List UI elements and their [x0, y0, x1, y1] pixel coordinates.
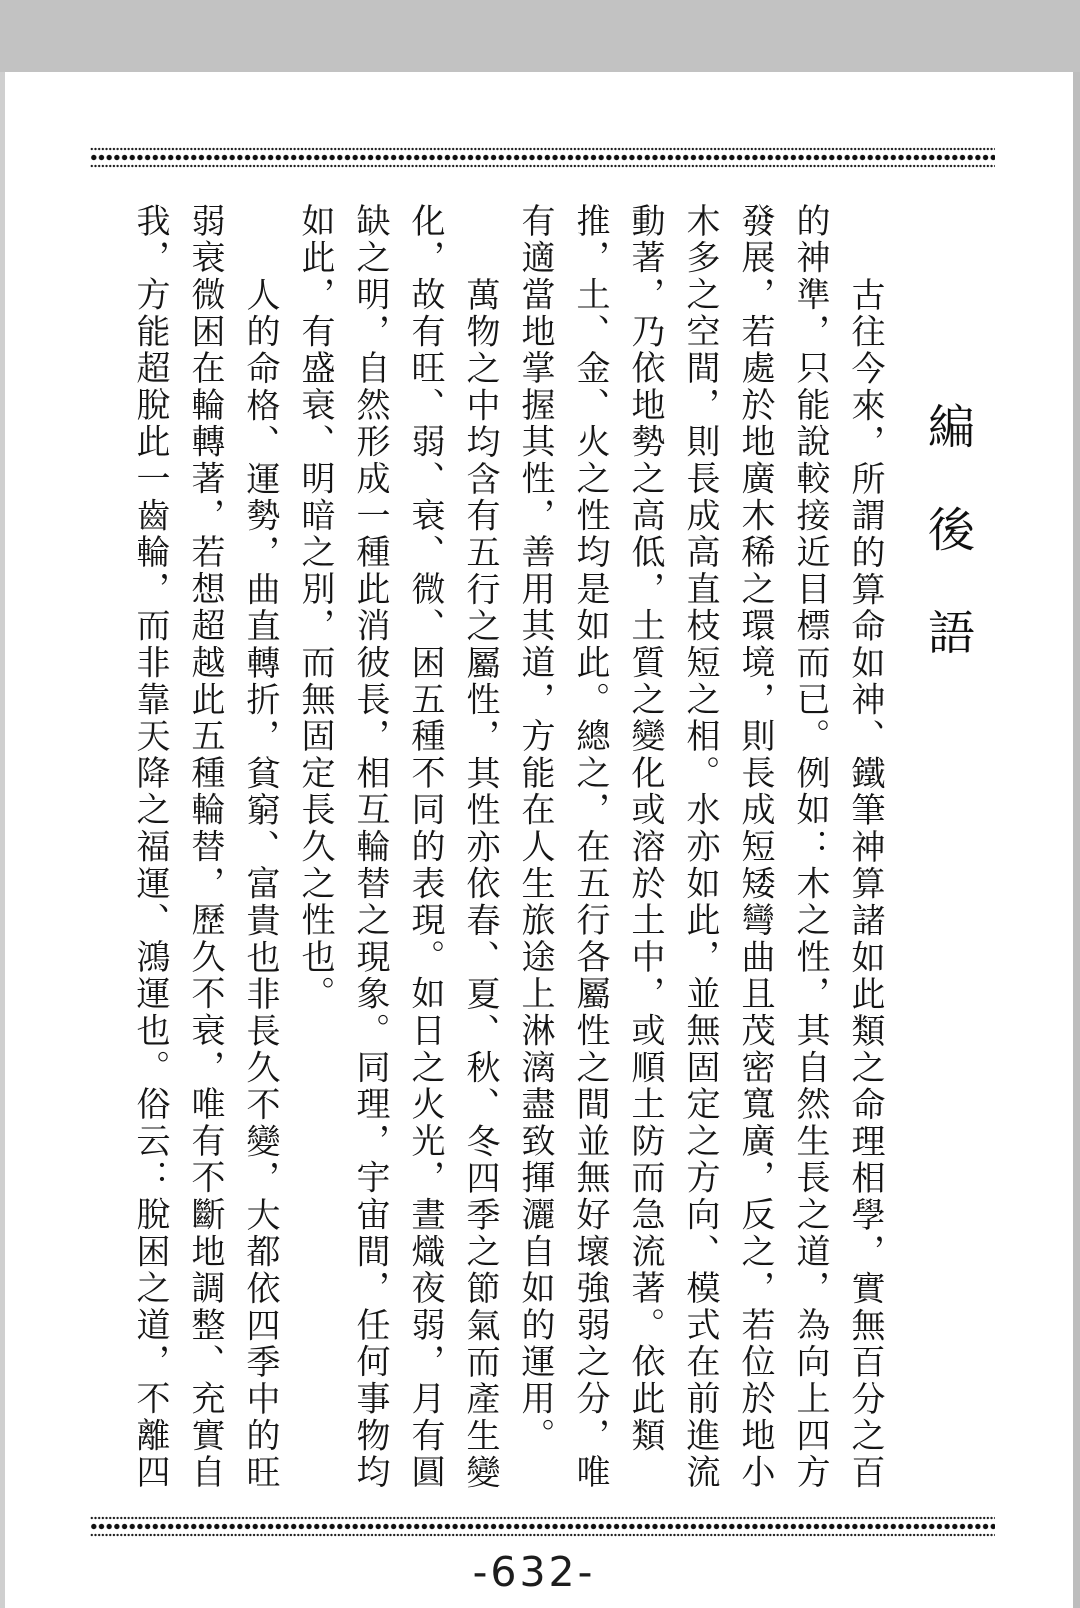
dotted-rule-large-row [90, 152, 995, 163]
dotted-rule-large-row [90, 1521, 995, 1532]
chapter-title: 編後語 [914, 402, 981, 702]
dotted-rule-small-row [90, 164, 995, 168]
dotted-rule-small-row [90, 1516, 995, 1520]
paragraph-1: 古往今來，所謂的算命如神、鐵筆神算諸如此類之命理相學，實無百分之百的神準，只能說… [507, 203, 892, 1505]
scan-edge-left [0, 72, 5, 1608]
paragraph-3: 人的命格、運勢，曲直轉折，貧窮、富貴也非長久不變，大都依四季中的旺弱衰微困在輪轉… [122, 203, 287, 1505]
decorative-dotted-border-bottom [90, 1516, 995, 1537]
scanned-book-page: 編後語 古往今來，所謂的算命如神、鐵筆神算諸如此類之命理相學，實無百分之百的神準… [0, 0, 1080, 1608]
scan-edge-right [1073, 72, 1080, 1608]
paragraph-2: 萬物之中均含有五行之屬性，其性亦依春、夏、秋、冬四季之節氣而產生變化，故有旺、弱… [287, 203, 507, 1505]
scan-background-top [0, 0, 1080, 72]
decorative-dotted-border-top [90, 147, 995, 168]
page-number: -632- [0, 1548, 1068, 1596]
body-text-block: 古往今來，所謂的算命如神、鐵筆神算諸如此類之命理相學，實無百分之百的神準，只能說… [118, 203, 892, 1505]
dotted-rule-small-row [90, 147, 995, 151]
dotted-rule-small-row [90, 1533, 995, 1537]
